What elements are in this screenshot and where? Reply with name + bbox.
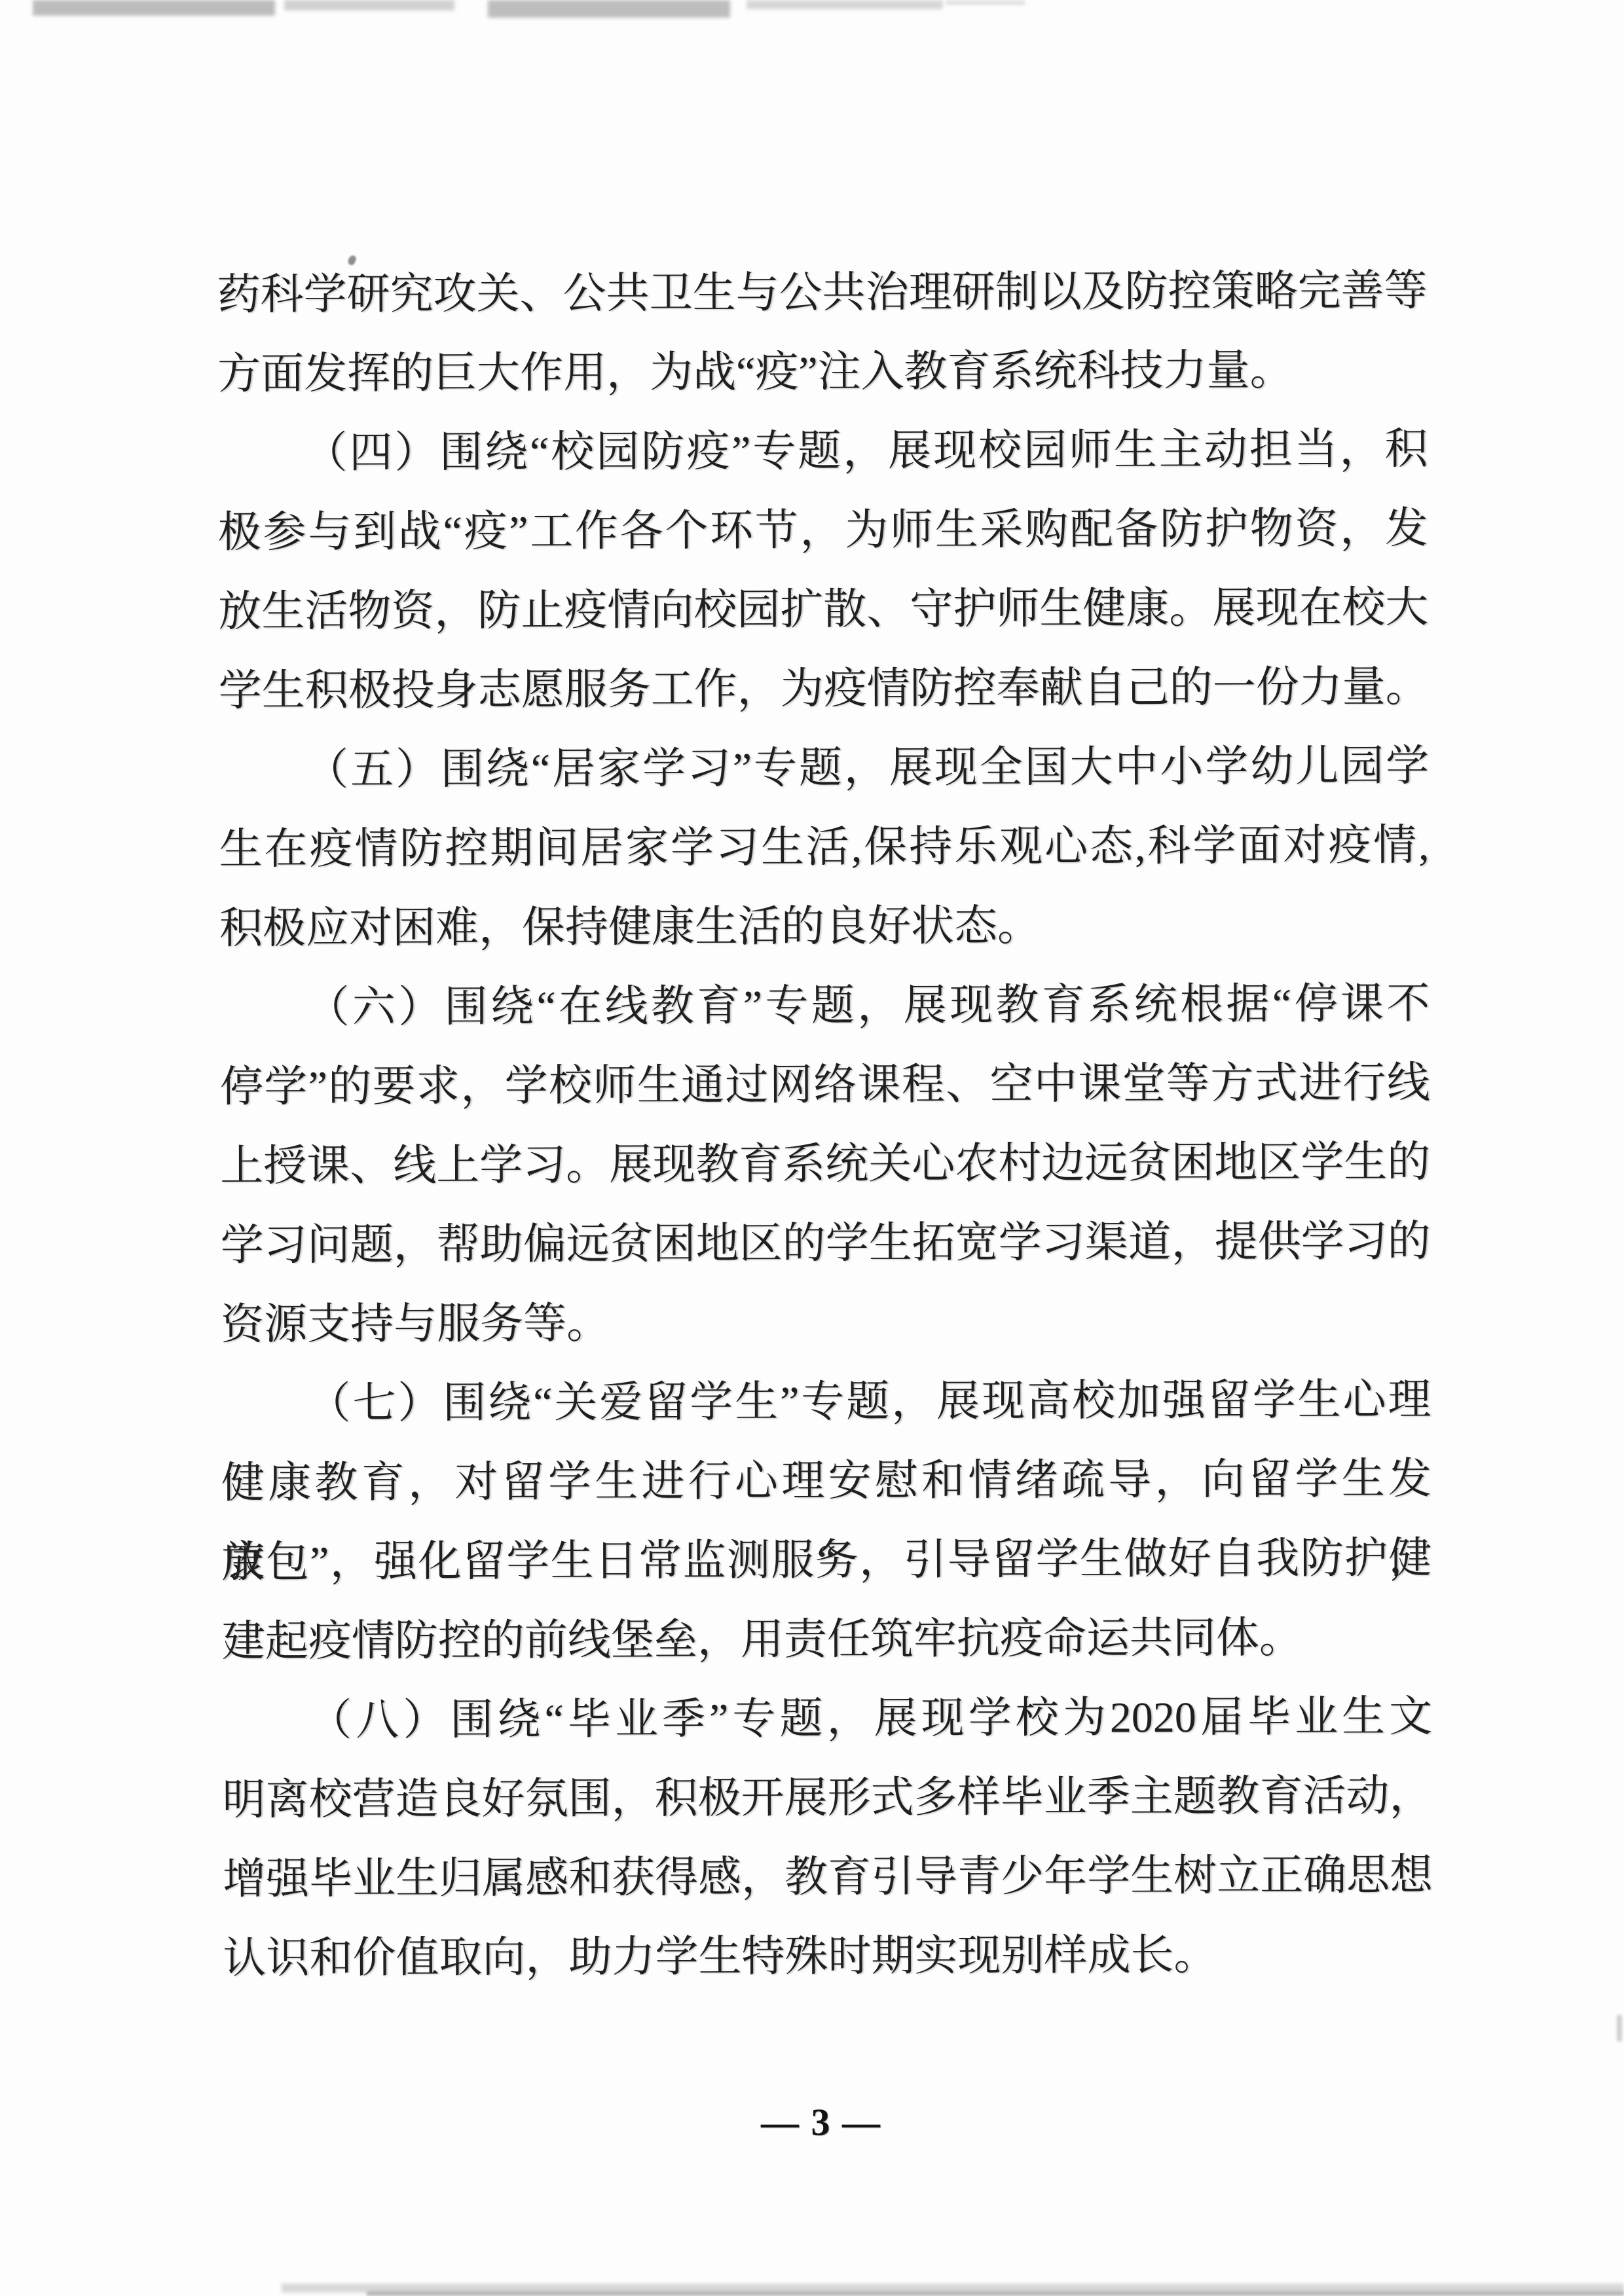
scan-artifact-top-edge [488, 0, 730, 18]
scan-artifact-bottom-edge [282, 2284, 1624, 2293]
scan-artifact-top-edge [33, 0, 275, 16]
text-line: 明离校营造良好氛围，积极开展形式多样毕业季主题教育活动， [222, 1757, 1432, 1840]
text-line: 极参与到战“疫”工作各个环节，为师生采购配备防护物资，发 [218, 489, 1428, 572]
scan-artifact-top-edge [747, 0, 943, 9]
text-line: （四）围绕“校园防疫”专题，展现校园师生主动担当，积 [217, 410, 1428, 493]
text-line: 认识和价值取向，助力学生特殊时期实现别样成长。 [223, 1915, 1433, 1998]
text-line: 生在疫情防控期间居家学习生活,保持乐观心态,科学面对疫情, [219, 806, 1429, 889]
text-line: （八）围绕“毕业季”专题，展现学校为2020届毕业生文 [222, 1677, 1432, 1760]
scan-artifact-top-edge [946, 0, 1025, 5]
text-line: 方面发挥的巨大作用，为战“疫”注入教育系统科技力量。 [217, 331, 1428, 414]
text-line: 增强毕业生归属感和获得感，教育引导青少年学生树立正确思想 [223, 1836, 1433, 1919]
text-line: 积极应对困难，保持健康生活的良好状态。 [219, 885, 1430, 968]
text-line: （七）围绕“关爱留学生”专题，展现高校加强留学生心理 [221, 1360, 1431, 1444]
scan-artifact-bottom-edge [367, 2291, 1624, 2296]
text-line: （六）围绕“在线教育”专题，展现教育系统根据“停课不 [219, 964, 1430, 1048]
text-line: 建起疫情防控的前线堡垒，用责任筑牢抗疫命运共同体。 [222, 1598, 1432, 1681]
text-line: （五）围绕“居家学习”专题，展现全国大中小学幼儿园学 [219, 727, 1429, 810]
text-line: 停学”的要求，学校师生通过网络课程、空中课堂等方式进行线 [220, 1044, 1430, 1127]
text-line: 放生活物资，防止疫情向校园扩散、守护师生健康。展现在校大 [218, 568, 1428, 651]
text-line: 上授课、线上学习。展现教育系统关心农村边远贫困地区学生的 [220, 1123, 1430, 1206]
page-footer: — 3 — [9, 2100, 1624, 2144]
text-line: 资源支持与服务等。 [221, 1281, 1431, 1364]
text-line: 康包”，强化留学生日常监测服务，引导留学生做好自我防护， [221, 1519, 1431, 1602]
scan-artifact-top-edge [284, 0, 454, 10]
text-line: 学生积极投身志愿服务工作，为疫情防控奉献自己的一份力量。 [218, 647, 1428, 731]
page-number: — 3 — [761, 2101, 881, 2143]
document-body: 药科学研究攻关、公共卫生与公共治理研制以及防控策略完善等方面发挥的巨大作用，为战… [217, 251, 1433, 1998]
text-line: 健康教育，对留学生进行心理安慰和情绪疏导，向留学生发放“健 [221, 1440, 1431, 1523]
text-line: 学习问题，帮助偏远贫困地区的学生拓宽学习渠道，提供学习的 [220, 1202, 1430, 1285]
text-line: 药科学研究攻关、公共卫生与公共治理研制以及防控策略完善等 [217, 251, 1427, 335]
scanned-document-page: 药科学研究攻关、公共卫生与公共治理研制以及防控策略完善等方面发挥的巨大作用，为战… [0, 0, 1624, 2296]
scan-artifact-right-edge [1617, 2015, 1622, 2041]
